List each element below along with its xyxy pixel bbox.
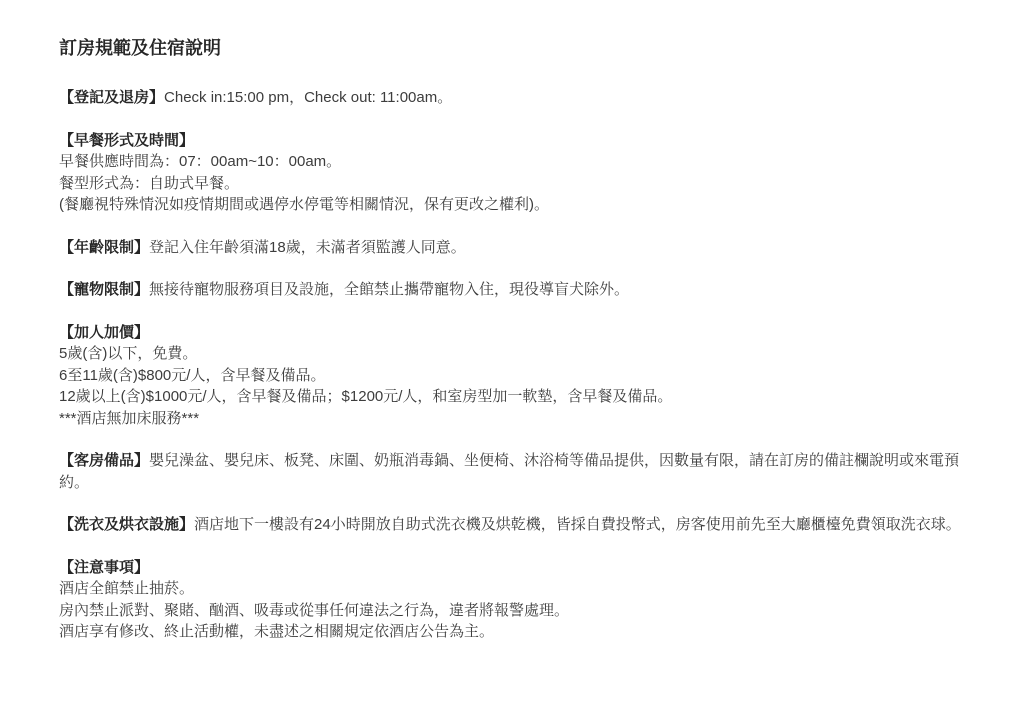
section-breakfast: 【早餐形式及時間】 早餐供應時間為：07：00am~10：00am。 餐型形式為…: [59, 130, 986, 216]
section-notices-line: 酒店享有修改、終止活動權，未盡述之相關規定依酒店公告為主。: [59, 621, 986, 643]
section-extra-person-pricing-line: 6至11歲(含)$800元/人，含早餐及備品。: [59, 365, 986, 387]
section-pet-limit: 【寵物限制】無接待寵物服務項目及設施，全館禁止攜帶寵物入住，現役導盲犬除外。: [59, 279, 986, 301]
section-breakfast-heading: 【早餐形式及時間】: [59, 130, 986, 152]
section-age-limit: 【年齡限制】登記入住年齡須滿18歲，未滿者須監護人同意。: [59, 237, 986, 259]
booking-rules-document: 訂房規範及住宿說明 【登記及退房】Check in:15:00 pm，Check…: [0, 0, 1024, 643]
section-notices-heading: 【注意事項】: [59, 557, 986, 579]
section-extra-person-pricing-heading: 【加人加價】: [59, 322, 986, 344]
section-age-limit-heading: 【年齡限制】: [59, 239, 149, 256]
section-laundry-facilities: 【洗衣及烘衣設施】酒店地下一樓設有24小時開放自助式洗衣機及烘乾機，皆採自費投幣…: [59, 514, 986, 536]
section-pet-limit-text: 無接待寵物服務項目及設施，全館禁止攜帶寵物入住，現役導盲犬除外。: [149, 281, 629, 298]
section-laundry-facilities-heading: 【洗衣及烘衣設施】: [59, 516, 194, 533]
section-room-amenities-text: 嬰兒澡盆、嬰兒床、板凳、床圍、奶瓶消毒鍋、坐便椅、沐浴椅等備品提供，因數量有限，…: [59, 452, 959, 491]
section-breakfast-line: 早餐供應時間為：07：00am~10：00am。: [59, 151, 986, 173]
section-pet-limit-heading: 【寵物限制】: [59, 281, 149, 298]
section-extra-person-pricing: 【加人加價】 5歲(含)以下，免費。 6至11歲(含)$800元/人，含早餐及備…: [59, 322, 986, 430]
section-breakfast-line: (餐廳視特殊情況如疫情期間或遇停水停電等相關情況，保有更改之權利)。: [59, 194, 986, 216]
section-extra-person-pricing-line: 12歲以上(含)$1000元/人，含早餐及備品；$1200元/人，和室房型加一軟…: [59, 386, 986, 408]
section-laundry-facilities-text: 酒店地下一樓設有24小時開放自助式洗衣機及烘乾機，皆採自費投幣式，房客使用前先至…: [194, 516, 961, 533]
section-breakfast-line: 餐型形式為：自助式早餐。: [59, 173, 986, 195]
section-checkin-checkout-text: Check in:15:00 pm，Check out: 11:00am。: [164, 89, 452, 106]
section-checkin-checkout-heading: 【登記及退房】: [59, 89, 164, 106]
section-notices-line: 房內禁止派對、聚賭、酗酒、吸毒或從事任何違法之行為，違者將報警處理。: [59, 600, 986, 622]
section-notices: 【注意事項】 酒店全館禁止抽菸。 房內禁止派對、聚賭、酗酒、吸毒或從事任何違法之…: [59, 557, 986, 643]
section-extra-person-pricing-line: ***酒店無加床服務***: [59, 408, 986, 430]
section-age-limit-text: 登記入住年齡須滿18歲，未滿者須監護人同意。: [149, 239, 466, 256]
section-extra-person-pricing-line: 5歲(含)以下，免費。: [59, 343, 986, 365]
section-room-amenities: 【客房備品】嬰兒澡盆、嬰兒床、板凳、床圍、奶瓶消毒鍋、坐便椅、沐浴椅等備品提供，…: [59, 450, 986, 493]
section-checkin-checkout: 【登記及退房】Check in:15:00 pm，Check out: 11:0…: [59, 87, 986, 109]
section-room-amenities-heading: 【客房備品】: [59, 452, 149, 469]
page-title: 訂房規範及住宿說明: [59, 36, 986, 60]
section-notices-line: 酒店全館禁止抽菸。: [59, 578, 986, 600]
